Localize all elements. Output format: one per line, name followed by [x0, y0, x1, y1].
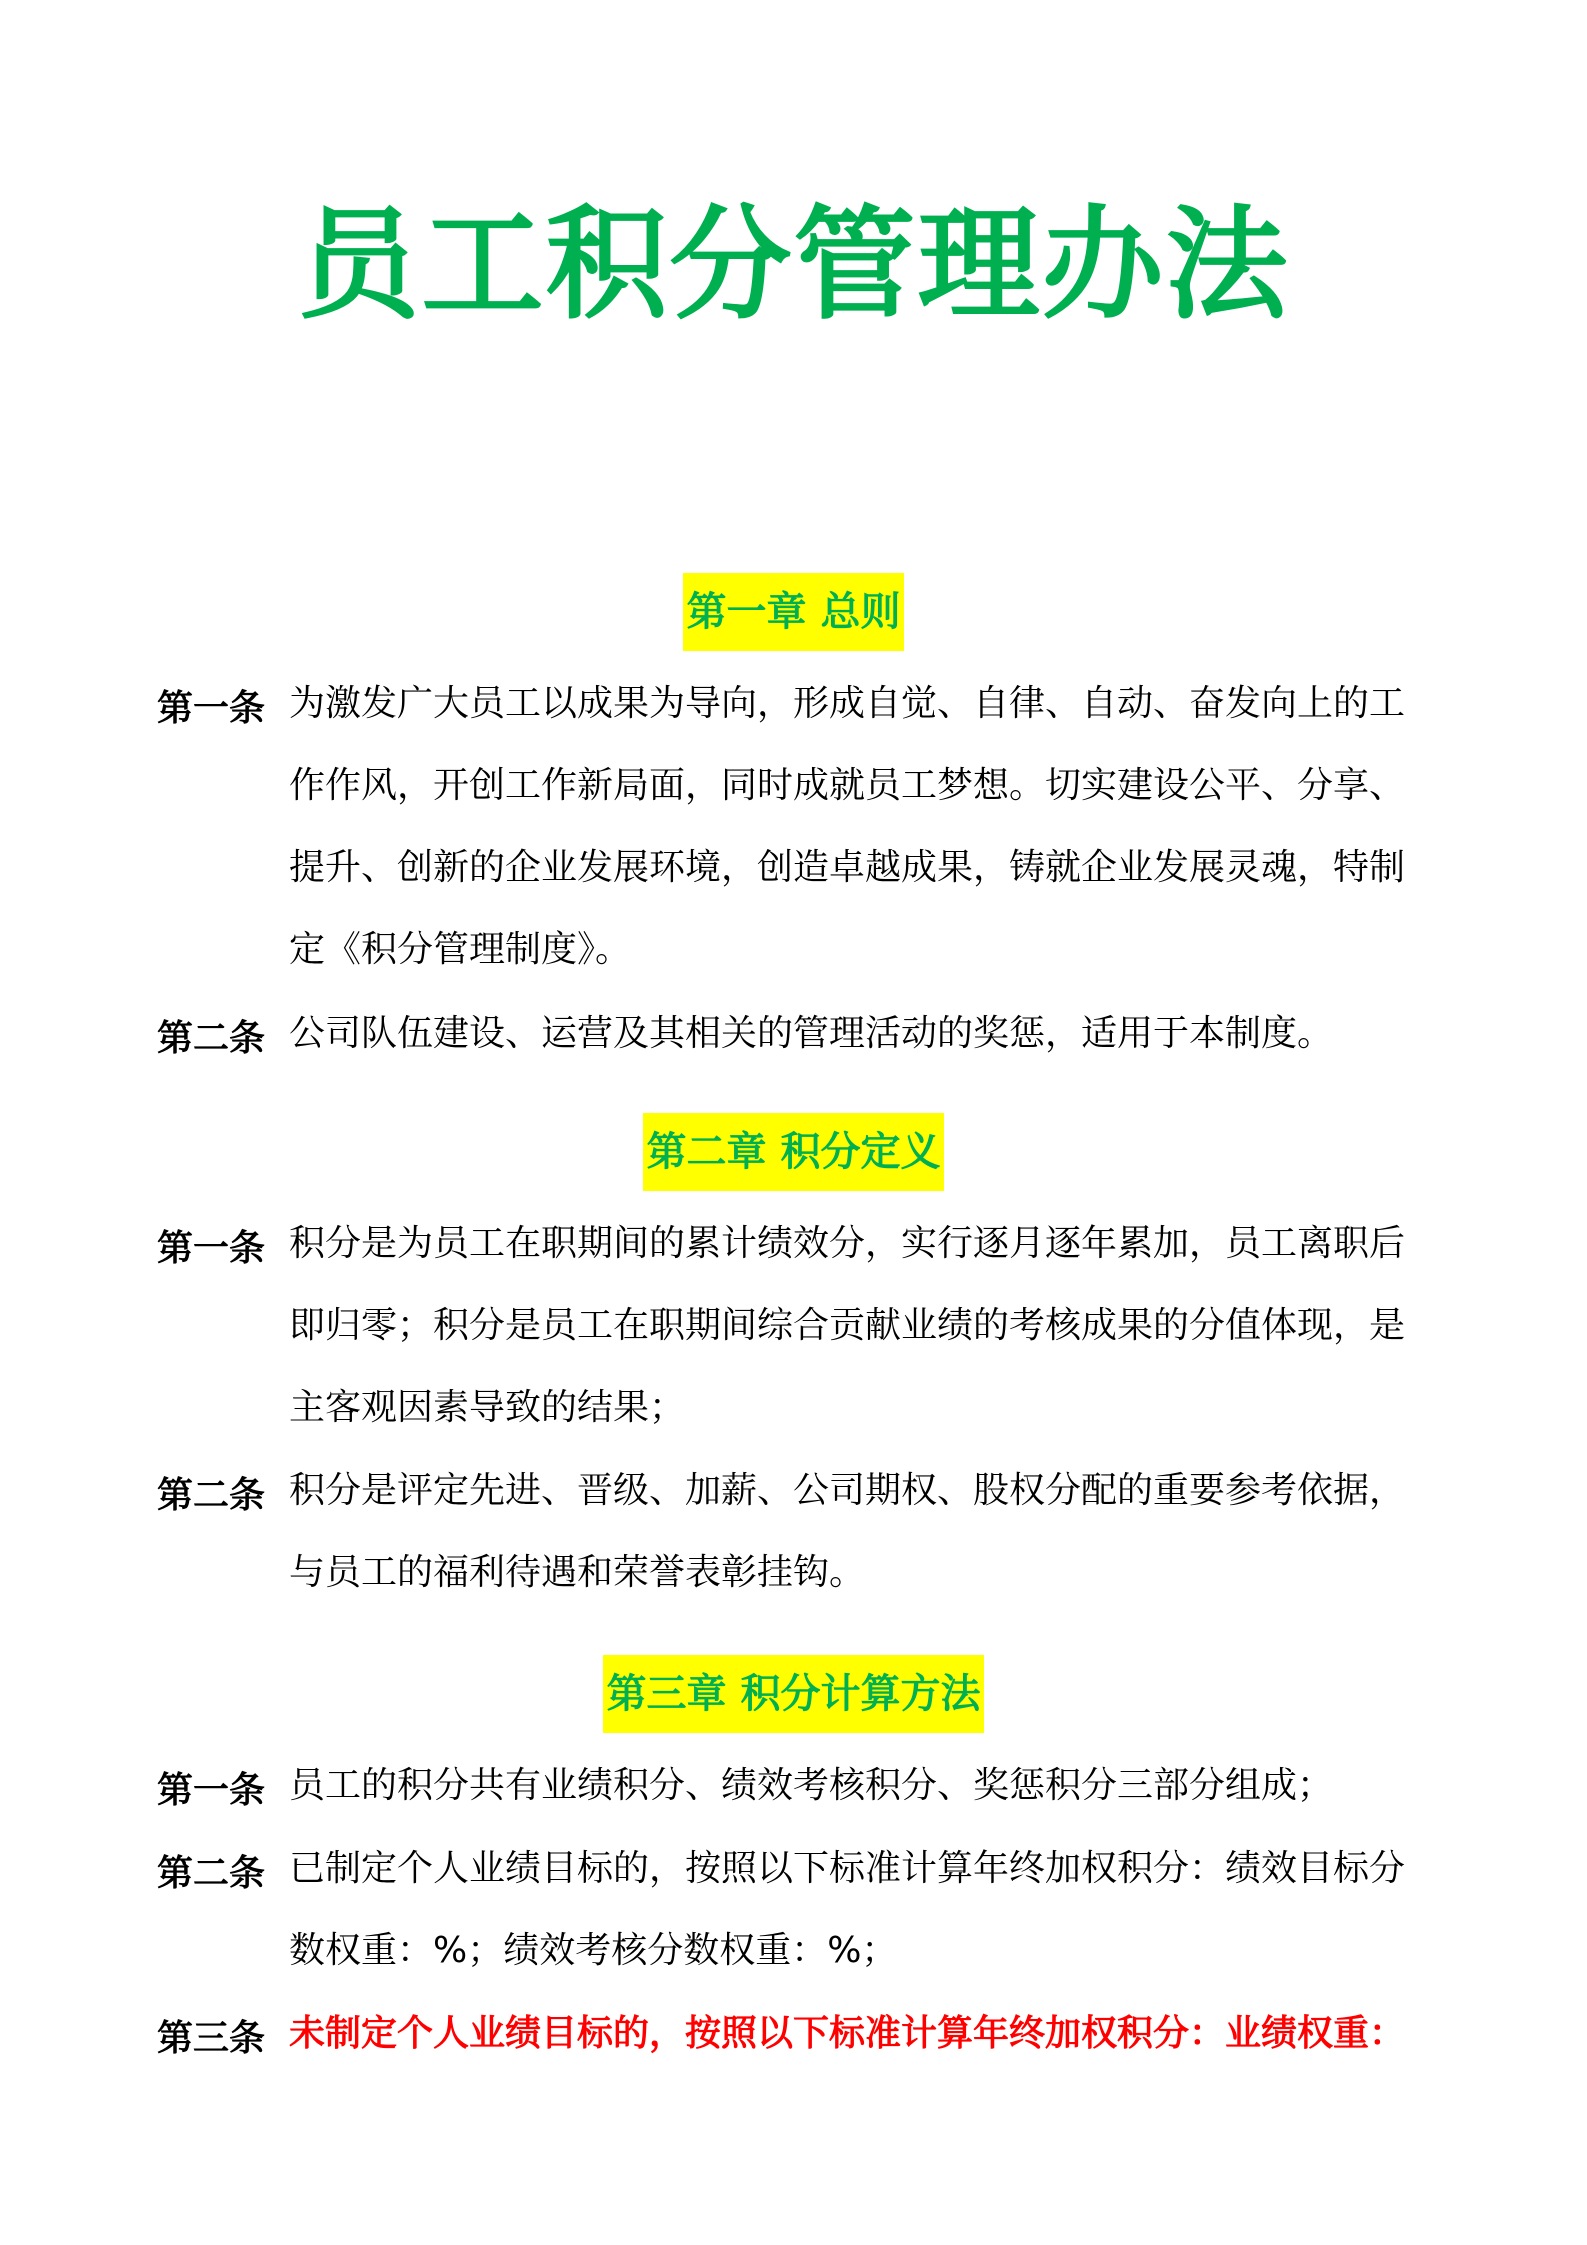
text-line: 员工的积分共有业绩积分、绩效考核积分、奖惩积分三部分组成；	[289, 1762, 1449, 1844]
text-line: 积分是为员工在职期间的累计绩效分，实行逐月逐年累加，员工离职后	[289, 1220, 1449, 1302]
article-label: 第三条	[157, 2010, 265, 2061]
article-text: 公司队伍建设、运营及其相关的管理活动的奖惩，适用于本制度。	[289, 1010, 1449, 1092]
text-line: 定《积分管理制度》。	[289, 926, 1449, 1008]
document-title: 员工积分管理办法	[0, 195, 1587, 335]
text-line: 数权重：%；绩效考核分数权重：%；	[289, 1927, 1449, 2009]
text-line: 提升、创新的企业发展环境，创造卓越成果，铸就企业发展灵魂，特制	[289, 844, 1449, 926]
article-label: 第一条	[157, 1762, 265, 1813]
text-line: 主客观因素导致的结果；	[289, 1384, 1449, 1466]
article-text: 员工的积分共有业绩积分、绩效考核积分、奖惩积分三部分组成；	[289, 1762, 1449, 1844]
text-line: 为激发广大员工以成果为导向，形成自觉、自律、自动、奋发向上的工	[289, 680, 1449, 762]
article-text: 为激发广大员工以成果为导向，形成自觉、自律、自动、奋发向上的工 作作风，开创工作…	[289, 680, 1449, 1008]
chapter-heading: 第一章 总则	[683, 573, 905, 651]
article-label: 第二条	[157, 1467, 265, 1518]
emphasized-text-line: 未制定个人业绩目标的，按照以下标准计算年终加权积分：业绩权重：	[289, 2010, 1449, 2092]
text-line: 与员工的福利待遇和荣誉表彰挂钩。	[289, 1549, 1449, 1631]
text-line: 即归零；积分是员工在职期间综合贡献业绩的考核成果的分值体现，是	[289, 1302, 1449, 1384]
chapter-2-heading-wrap: 第二章 积分定义	[0, 1113, 1587, 1191]
text-line: 已制定个人业绩目标的，按照以下标准计算年终加权积分：绩效目标分	[289, 1845, 1449, 1927]
article-text: 未制定个人业绩目标的，按照以下标准计算年终加权积分：业绩权重：	[289, 2010, 1449, 2092]
article-text: 积分是评定先进、晋级、加薪、公司期权、股权分配的重要参考依据， 与员工的福利待遇…	[289, 1467, 1449, 1631]
article-label: 第二条	[157, 1010, 265, 1061]
text-line: 积分是评定先进、晋级、加薪、公司期权、股权分配的重要参考依据，	[289, 1467, 1449, 1549]
article-label: 第一条	[157, 1220, 265, 1271]
chapter-3-heading-wrap: 第三章 积分计算方法	[0, 1655, 1587, 1733]
article-label: 第一条	[157, 680, 265, 731]
text-line: 公司队伍建设、运营及其相关的管理活动的奖惩，适用于本制度。	[289, 1010, 1449, 1092]
chapter-heading: 第二章 积分定义	[643, 1113, 945, 1191]
chapter-1-heading-wrap: 第一章 总则	[0, 573, 1587, 651]
chapter-heading: 第三章 积分计算方法	[603, 1655, 985, 1733]
article-text: 积分是为员工在职期间的累计绩效分，实行逐月逐年累加，员工离职后 即归零；积分是员…	[289, 1220, 1449, 1466]
text-line: 作作风，开创工作新局面，同时成就员工梦想。切实建设公平、分享、	[289, 762, 1449, 844]
article-label: 第二条	[157, 1845, 265, 1896]
article-text: 已制定个人业绩目标的，按照以下标准计算年终加权积分：绩效目标分 数权重：%；绩效…	[289, 1845, 1449, 2009]
